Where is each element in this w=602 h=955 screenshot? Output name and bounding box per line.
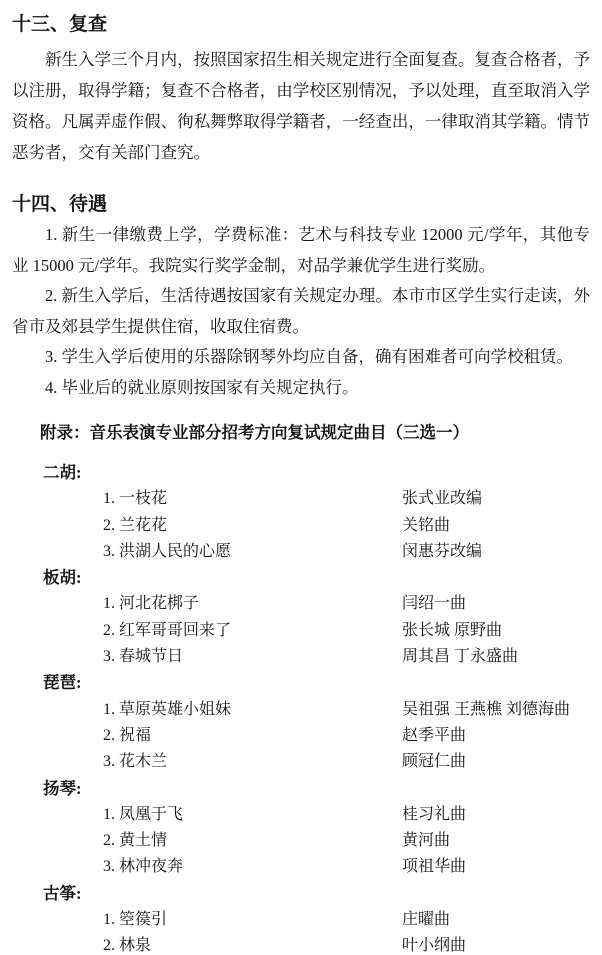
song-title: 1. 草原英雄小姐妹 xyxy=(12,697,402,723)
song-composer: 张长城 原野曲 xyxy=(402,618,590,644)
song-composer: 黄河曲 xyxy=(402,828,590,854)
section13-heading: 十三、复查 xyxy=(12,12,590,38)
song-title: 2. 祝福 xyxy=(12,723,402,749)
song-row: 2. 林泉叶小纲曲 xyxy=(12,933,590,955)
song-row: 2. 红军哥哥回来了张长城 原野曲 xyxy=(12,618,590,644)
song-row: 2. 黄土情黄河曲 xyxy=(12,828,590,854)
song-title: 3. 春城节日 xyxy=(12,644,402,670)
song-composer: 吴祖强 王燕樵 刘德海曲 xyxy=(402,697,590,723)
appendix-title: 附录：音乐表演专业部分招考方向复试规定曲目（三选一） xyxy=(12,421,590,445)
treatment-item: 2. 新生入学后，生活待遇按国家有关规定办理。本市市区学生实行走读，外省市及郊县… xyxy=(12,281,590,342)
song-composer: 庄曜曲 xyxy=(402,907,590,933)
song-composer: 周其昌 丁永盛曲 xyxy=(402,644,590,670)
song-row: 3. 花木兰顾冠仁曲 xyxy=(12,749,590,775)
song-title: 1. 河北花梆子 xyxy=(12,591,402,617)
song-title: 2. 红军哥哥回来了 xyxy=(12,618,402,644)
song-composer: 闫绍一曲 xyxy=(402,591,590,617)
song-title: 3. 林冲夜奔 xyxy=(12,854,402,880)
song-title: 1. 一枝花 xyxy=(12,486,402,512)
song-row: 1. 河北花梆子闫绍一曲 xyxy=(12,591,590,617)
song-row: 2. 兰花花关铭曲 xyxy=(12,513,590,539)
song-composer: 顾冠仁曲 xyxy=(402,749,590,775)
song-row: 1. 草原英雄小姐妹吴祖强 王燕樵 刘德海曲 xyxy=(12,697,590,723)
instrument-heading: 二胡: xyxy=(12,460,590,486)
song-composer: 关铭曲 xyxy=(402,513,590,539)
instrument-heading: 板胡: xyxy=(12,565,590,591)
song-composer: 赵季平曲 xyxy=(402,723,590,749)
song-composer: 张式业改编 xyxy=(402,486,590,512)
song-row: 1. 一枝花张式业改编 xyxy=(12,486,590,512)
song-title: 3. 花木兰 xyxy=(12,749,402,775)
section14-heading: 十四、待遇 xyxy=(12,192,590,218)
instrument-heading: 扬琴: xyxy=(12,776,590,802)
song-title: 1. 箜篌引 xyxy=(12,907,402,933)
treatment-item: 4. 毕业后的就业原则按国家有关规定执行。 xyxy=(12,373,590,404)
song-composer: 叶小纲曲 xyxy=(402,933,590,955)
appendix-list: 二胡:1. 一枝花张式业改编2. 兰花花关铭曲3. 洪湖人民的心愿闵惠芬改编板胡… xyxy=(12,460,590,955)
section14: 十四、待遇 1. 新生一律缴费上学，学费标准：艺术与科技专业 12000 元/学… xyxy=(12,192,590,403)
treatment-item: 1. 新生一律缴费上学，学费标准：艺术与科技专业 12000 元/学年，其他专业… xyxy=(12,220,590,281)
song-composer: 桂习礼曲 xyxy=(402,802,590,828)
section13-paragraph: 新生入学三个月内，按照国家招生相关规定进行全面复查。复查合格者，予以注册，取得学… xyxy=(12,44,590,168)
song-row: 2. 祝福赵季平曲 xyxy=(12,723,590,749)
song-row: 1. 箜篌引庄曜曲 xyxy=(12,907,590,933)
document-page: 十三、复查 新生入学三个月内，按照国家招生相关规定进行全面复查。复查合格者，予以… xyxy=(0,0,602,955)
song-composer: 项祖华曲 xyxy=(402,854,590,880)
section14-items: 1. 新生一律缴费上学，学费标准：艺术与科技专业 12000 元/学年，其他专业… xyxy=(12,220,590,403)
song-row: 3. 洪湖人民的心愿闵惠芬改编 xyxy=(12,539,590,565)
song-title: 2. 林泉 xyxy=(12,933,402,955)
song-title: 1. 凤凰于飞 xyxy=(12,802,402,828)
song-row: 3. 春城节日周其昌 丁永盛曲 xyxy=(12,644,590,670)
song-composer: 闵惠芬改编 xyxy=(402,539,590,565)
treatment-item: 3. 学生入学后使用的乐器除钢琴外均应自备，确有困难者可向学校租赁。 xyxy=(12,342,590,373)
song-row: 3. 林冲夜奔项祖华曲 xyxy=(12,854,590,880)
song-title: 2. 黄土情 xyxy=(12,828,402,854)
instrument-heading: 古筝: xyxy=(12,881,590,907)
song-title: 3. 洪湖人民的心愿 xyxy=(12,539,402,565)
song-title: 2. 兰花花 xyxy=(12,513,402,539)
instrument-heading: 琵琶: xyxy=(12,670,590,696)
song-row: 1. 凤凰于飞桂习礼曲 xyxy=(12,802,590,828)
